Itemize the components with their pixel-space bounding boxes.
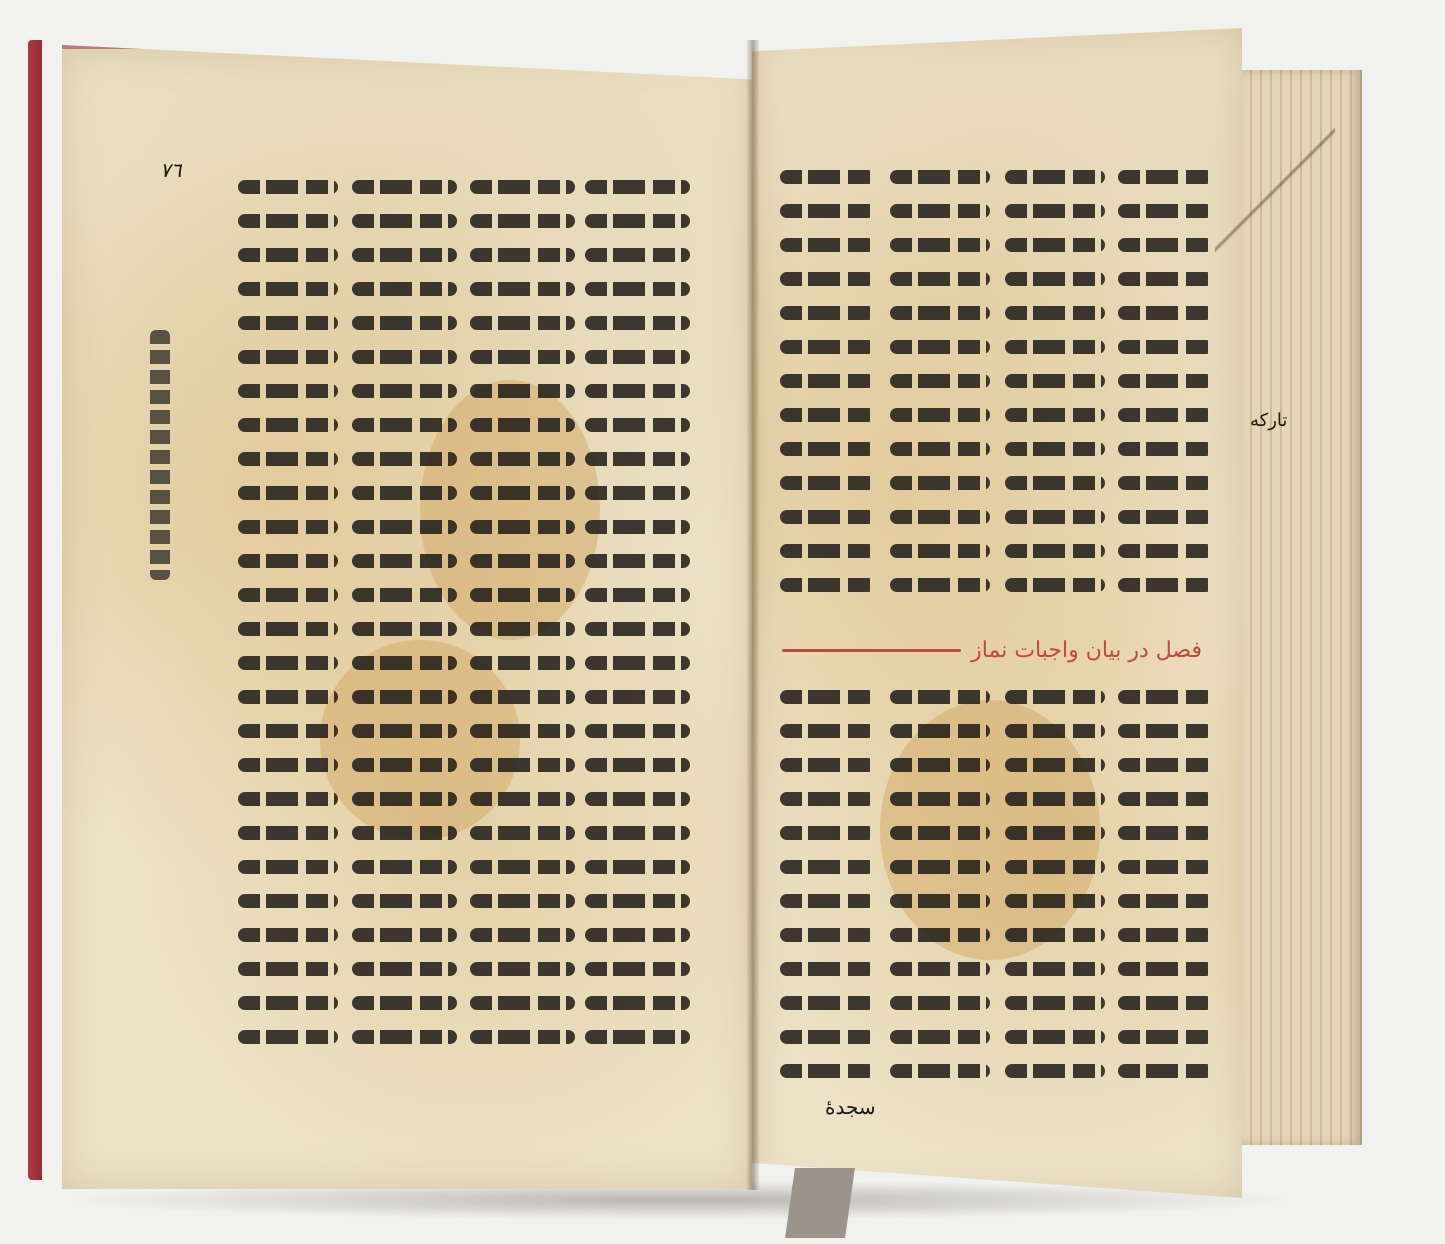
margin-note: تارکه <box>1250 410 1287 431</box>
rubric-text: فصل در بیان واجبات نماز <box>971 638 1202 663</box>
text-column <box>890 690 990 1078</box>
book-gutter <box>746 40 760 1190</box>
text-column <box>1118 690 1213 1078</box>
rubric-heading: فصل در بیان واجبات نماز <box>782 630 1202 670</box>
rubric-extender <box>782 649 961 652</box>
text-column <box>1005 690 1105 1078</box>
text-column <box>1005 170 1105 592</box>
text-column <box>352 180 457 1044</box>
page-number: ٧٦ <box>160 158 181 182</box>
folded-corner <box>1215 70 1335 310</box>
margin-note-vertical <box>150 330 170 580</box>
catchword: سجدهٔ <box>825 1095 876 1119</box>
text-column <box>1118 170 1213 592</box>
text-column <box>238 180 338 1044</box>
cloth-bookmark <box>785 1168 855 1238</box>
text-column <box>470 180 575 1044</box>
red-cover-edge <box>28 40 42 1180</box>
text-column <box>585 180 690 1044</box>
text-column <box>890 170 990 592</box>
text-column <box>780 690 875 1078</box>
text-column <box>780 170 875 592</box>
